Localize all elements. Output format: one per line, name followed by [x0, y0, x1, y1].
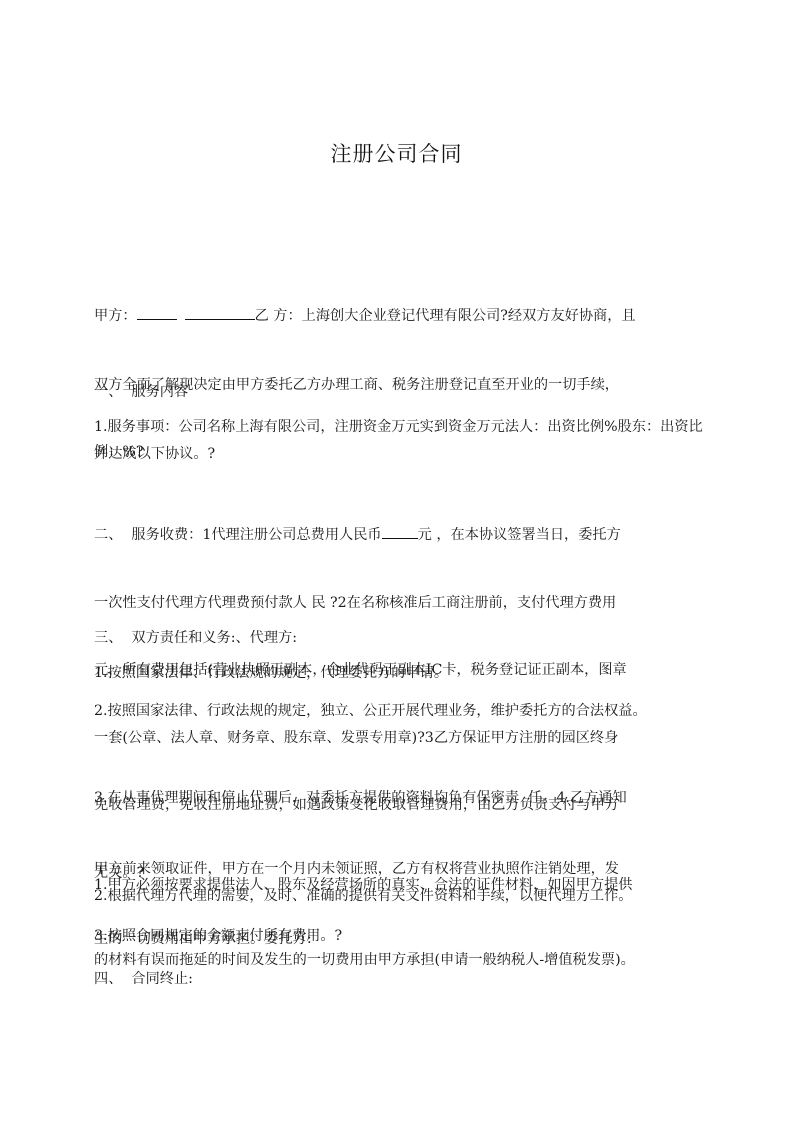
client-duty-2: 2.根据代理方代理的需要，及时、准确的提供有关文件资料和手续，以便代理方工作。	[94, 885, 734, 908]
agent-duty-2: 2.按照国家法律、行政法规的规定，独立、公正开展代理业务，维护委托方的合法权益。	[94, 700, 734, 723]
intro-line-1: 甲方：乙 方：上海创大企业登记代理有限公司?经双方友好协商，且	[94, 305, 714, 328]
client-duty-1: 1.甲方必须按要求提供法人、股东及经营场所的真实、合法的证件材料，如因甲方提供 …	[94, 823, 734, 1023]
agent-duty-1: 1.按照国家法律、行政法规的规定，代理委托方的申请。	[94, 662, 714, 685]
section-4-heading: 四、 合同终止:	[94, 968, 714, 991]
fees-line-1-pre: 二、 服务收费：1代理注册公司总费用人民币	[94, 527, 382, 543]
party-b-text: 乙 方：上海创大企业登记代理有限公司?经双方友好协商，且	[255, 308, 636, 324]
fees-line-1-post: 元 ，在本协议签署当日，委托方	[418, 527, 621, 543]
section-1-service-items: 1.服务事项：公司名称上海有限公司，注册资金万元实到资金万元法人：出资比例%股东…	[94, 415, 714, 465]
client-duty-3: 3.按照合同规定的金额支付所有费用。?	[94, 925, 714, 948]
fees-line-2: 一次性支付代理方代理费预付款人 民 ?2在名称核准后工商注册前，支付代理方费用	[94, 592, 714, 615]
party-a-blank-2	[185, 305, 255, 320]
fees-line-1: 二、 服务收费：1代理注册公司总费用人民币元 ，在本协议签署当日，委托方	[94, 524, 714, 547]
duty-3-line-1: 3.在从事代理期间和停止代理后，对委托方提供的资料均负有保密责 任。4.乙方通知	[94, 787, 714, 811]
party-a-label: 甲方：	[94, 308, 137, 324]
section-1-heading: 一、 服务内容	[94, 381, 714, 404]
document-title: 注册公司合同	[0, 138, 793, 168]
party-a-blank-1	[137, 305, 177, 320]
section-3-heading: 三、 双方责任和义务:、代理方:	[94, 627, 714, 650]
fee-amount-blank	[382, 524, 418, 539]
